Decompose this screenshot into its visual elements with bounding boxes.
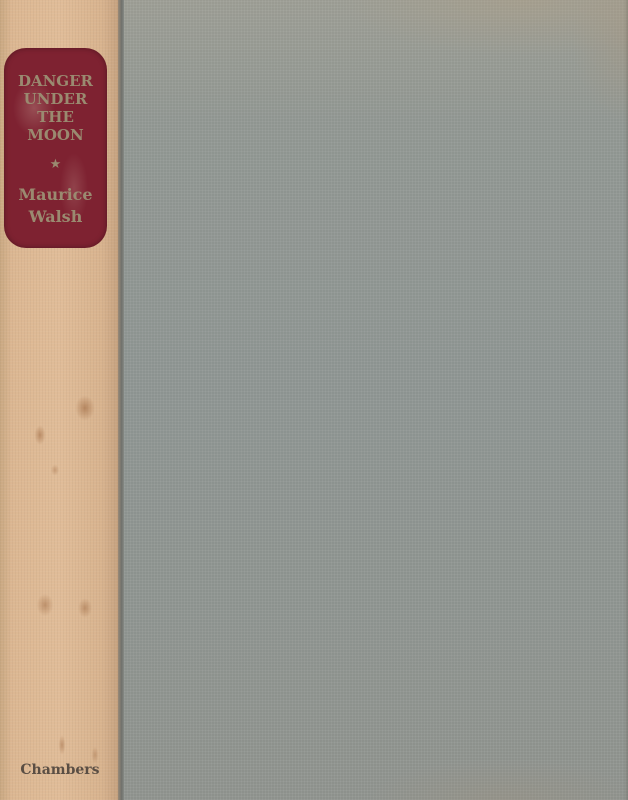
star-icon: ★ bbox=[4, 158, 107, 172]
cover-edge bbox=[624, 0, 628, 800]
spine-title-label: DANGER UNDER THE MOON ★ Maurice Walsh bbox=[4, 48, 107, 248]
publisher-imprint: Chambers bbox=[0, 762, 120, 778]
book-author: Maurice Walsh bbox=[4, 184, 107, 228]
title-line: UNDER bbox=[4, 90, 107, 108]
title-line: MOON bbox=[4, 126, 107, 144]
title-line: DANGER bbox=[4, 72, 107, 90]
front-cover-board bbox=[124, 0, 628, 800]
author-line: Walsh bbox=[4, 206, 107, 228]
author-line: Maurice bbox=[4, 184, 107, 206]
book-spine: DANGER UNDER THE MOON ★ Maurice Walsh Ch… bbox=[0, 0, 120, 800]
book-title: DANGER UNDER THE MOON bbox=[4, 48, 107, 144]
title-line: THE bbox=[4, 108, 107, 126]
book: DANGER UNDER THE MOON ★ Maurice Walsh Ch… bbox=[0, 0, 628, 800]
